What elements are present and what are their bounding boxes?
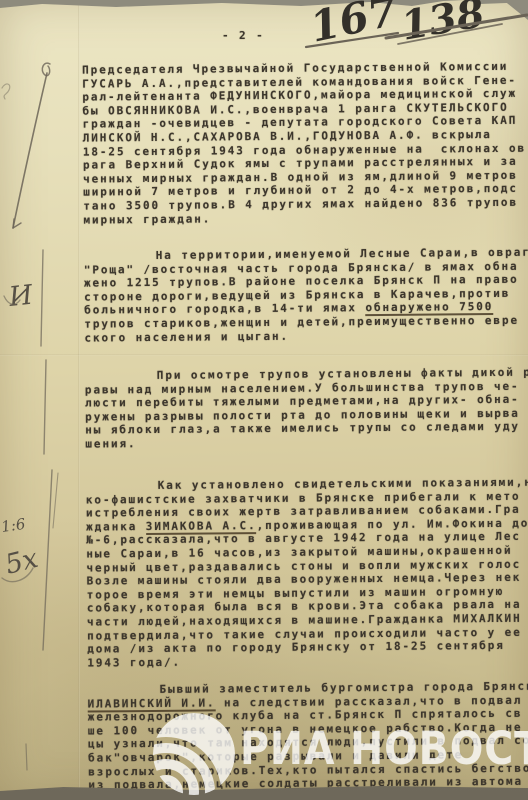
paragraph: Бывший заместитель бургомистра города Бр…	[87, 679, 528, 793]
document-text: Председателя Чрезвычайной Государственно…	[0, 0, 528, 800]
paragraph: Как установлено свидетельскими показания…	[86, 475, 528, 670]
paragraph: При осмотре трупов установлены факты дик…	[85, 365, 528, 451]
paragraph: Председателя Чрезвычайной Государственно…	[82, 59, 528, 227]
paper: - 2 - Председателя Чрезвычайной Государс…	[0, 0, 528, 800]
paragraph: На территории,именуемой Лесные Сараи,в о…	[84, 245, 528, 345]
document-photo: - 2 - Председателя Чрезвычайной Государс…	[0, 0, 528, 800]
